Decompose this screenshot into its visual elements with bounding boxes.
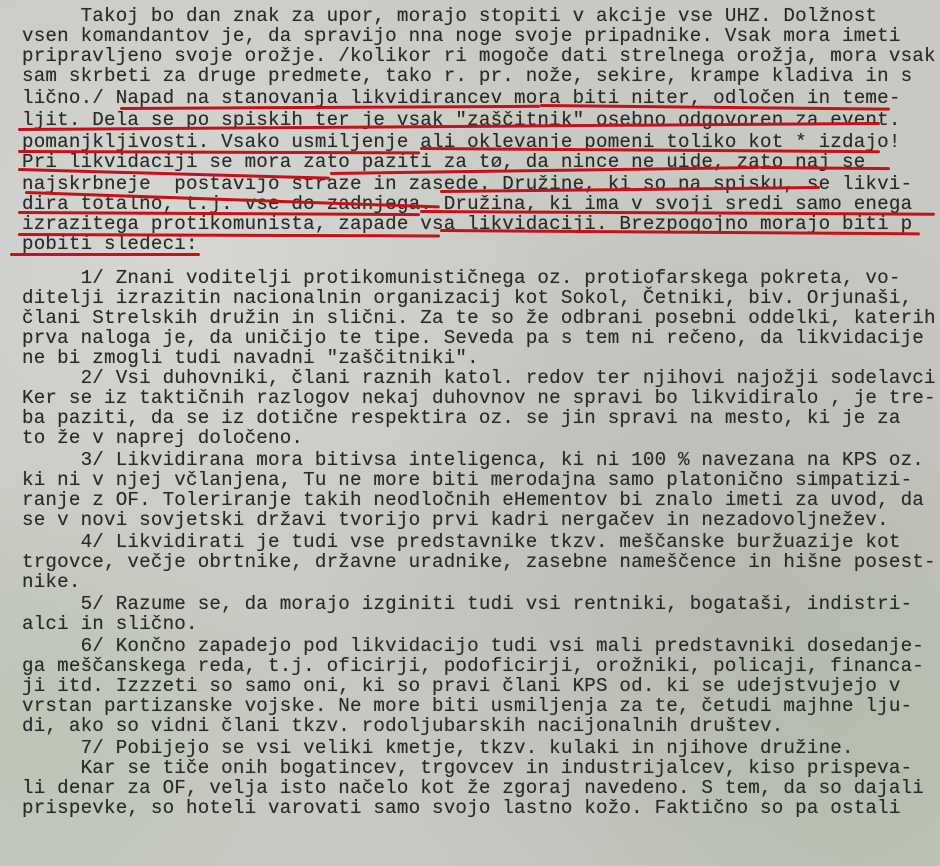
text-line: 1/ Znani voditelji protikomunističnega o… <box>22 268 901 288</box>
text-line: Ker se iz taktičnih razlogov nekaj duhov… <box>22 388 936 408</box>
text-line: Kar se tiče onih bogatincev, trgovcev in… <box>22 758 912 778</box>
text-line: nike. <box>22 572 81 592</box>
text-line: pripravljeno svoje orožje. /kolikor ri m… <box>22 46 936 66</box>
text-line: prispevke, so hoteli varovati samo svojo… <box>22 798 901 818</box>
red-underline <box>10 253 200 256</box>
text-line: se v novi sovjetski državi tvorijo prvi … <box>22 510 889 530</box>
text-line: trgovce, večje obrtnike, državne uradnik… <box>22 552 936 572</box>
text-line: di, ako so vidni člani tkzv. rodoljubars… <box>22 716 783 736</box>
text-line: li denar za OF, velja isto načelo kot že… <box>22 778 924 798</box>
text-line: ditelji izrazitin nacionalnin organizaci… <box>22 288 912 308</box>
text-line: prva naloga je, da uničijo te tipe. Seve… <box>22 328 924 348</box>
text-line: ranje z OF. Toleriranje takih neodločnih… <box>22 490 924 510</box>
text-line: ne bi zmogli tudi navadni "zaščitniki". <box>22 348 479 368</box>
text-line: vsen komandantov je, da spravijo nna nog… <box>22 26 901 46</box>
text-line: člani Strelskih družin in slični. Za te … <box>22 308 936 328</box>
text-line: 7/ Pobijejo se vsi veliki kmetje, tkzv. … <box>22 738 854 758</box>
text-line: vrstan partizanske vojske. Ne more biti … <box>22 696 912 716</box>
text-line: 2/ Vsi duhovniki, člani raznih katol. re… <box>22 368 940 388</box>
text-line: to že v naprej določeno. <box>22 428 303 448</box>
text-line: 6/ Končno zapadejo pod likvidacijo tudi … <box>22 636 924 656</box>
text-line: sam skrbeti za druge predmete, tako r. p… <box>22 66 912 86</box>
text-line: 3/ Likvidirana mora bitivsa inteligenca,… <box>22 450 924 470</box>
text-line: ba paziti, da se iz dotične respektira o… <box>22 408 901 428</box>
text-line: ga meščanskega reda, t.j. oficirji, podo… <box>22 656 924 676</box>
text-line: pobiti sledeci: <box>22 234 198 254</box>
text-line: ki ni v njej včlanjena, Tu ne more biti … <box>22 470 912 490</box>
text-line: 4/ Likvidirati je tudi vse predstavnike … <box>22 532 901 552</box>
text-line: ji itd. Izzzeti so samo oni, ki so pravi… <box>22 676 901 696</box>
text-line: 5/ Razume se, da morajo izginiti tudi vs… <box>22 594 912 614</box>
document-page: Takoj bo dan znak za upor, morajo stopit… <box>0 0 940 866</box>
text-line: alci in slično. <box>22 614 198 634</box>
text-line: Takoj bo dan znak za upor, morajo stopit… <box>22 6 877 26</box>
